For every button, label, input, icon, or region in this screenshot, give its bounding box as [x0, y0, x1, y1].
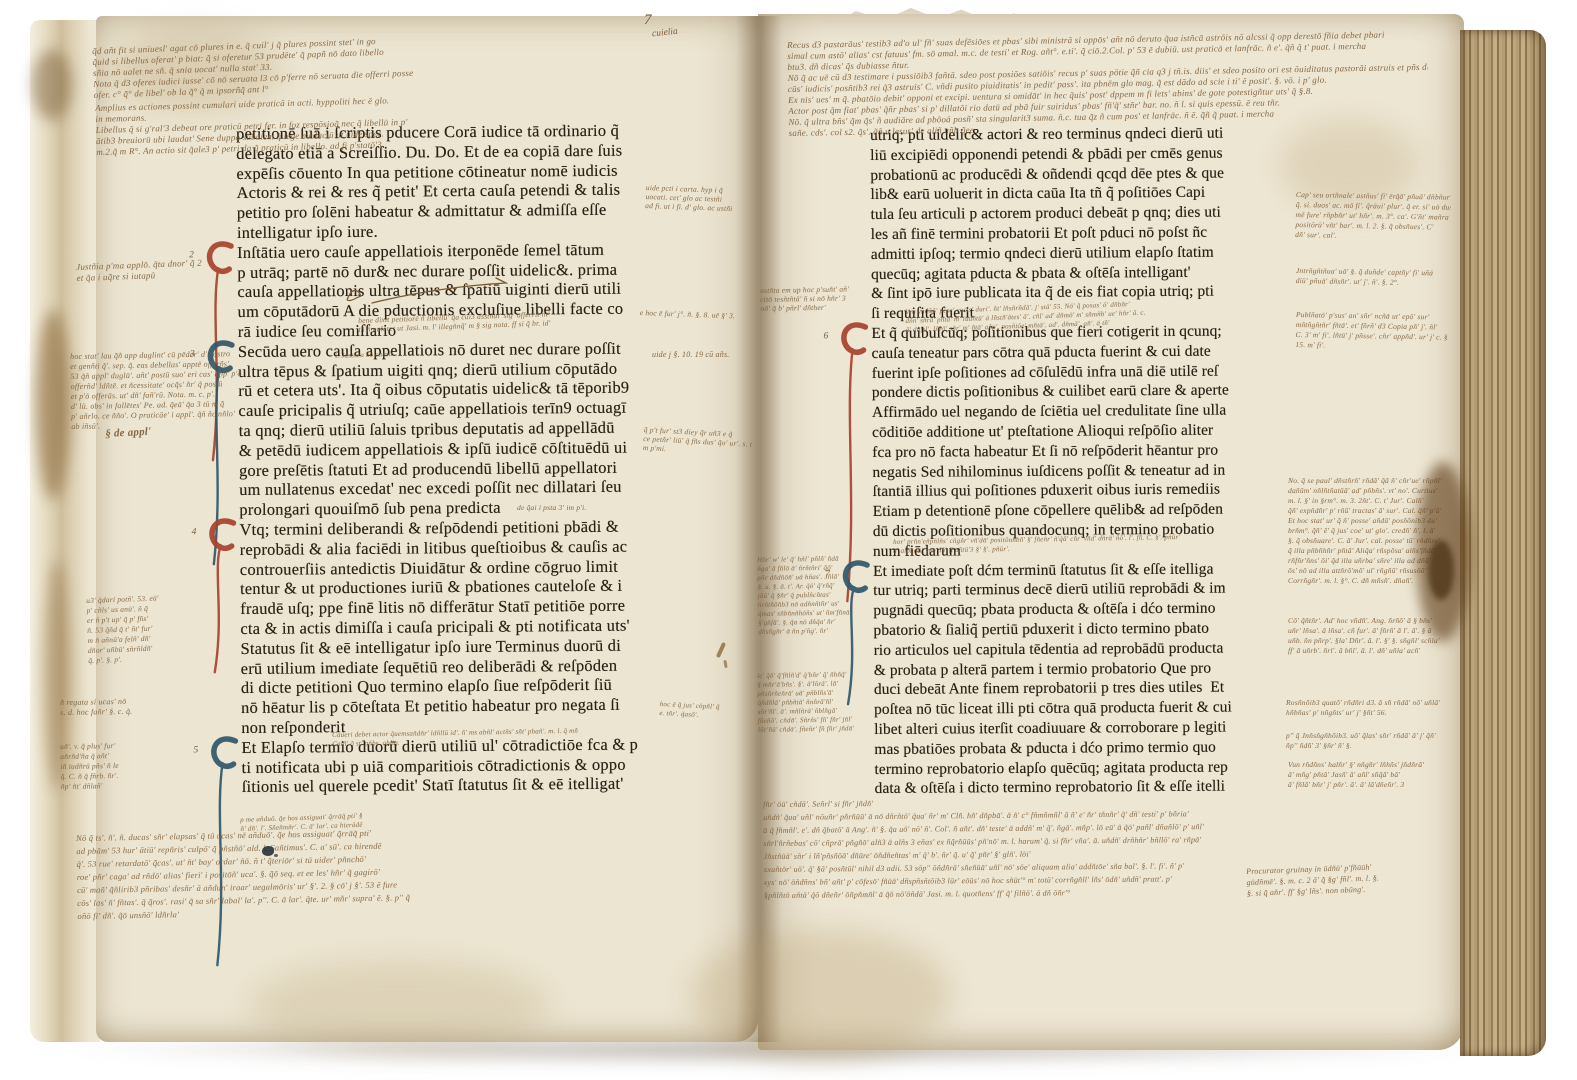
hand-paragraph-number: 5: [193, 741, 198, 761]
printed-paragraph: 3Secūda uero cauſa appellatiois nō duret…: [238, 337, 756, 520]
printed-paragraph: 7Et imediate poſt dćm terminū ſtatutus ſ…: [873, 559, 1307, 800]
hand-paragraph-number: 6: [823, 327, 828, 347]
right-text-block: utriq; pti uidelic& actori & reo terminu…: [870, 123, 1307, 799]
printed-line: data & oſtēſa i dicto termino reprobator…: [875, 776, 1307, 799]
left-page-edges: [30, 20, 100, 1042]
ink-blot-small: [274, 854, 278, 857]
ink-blot: [262, 846, 274, 856]
book-photo: petitionē ſuā i ſcriptis pducere Corā iu…: [0, 0, 1577, 1080]
hand-paragraph-number: 2: [189, 246, 194, 266]
edge-stain: [44, 560, 70, 790]
hand-paragraph-number: 3: [190, 345, 195, 365]
left-text-block: petitionē ſuā i ſcriptis pducere Corā iu…: [236, 119, 758, 797]
pilcrow-initial-blue: [208, 734, 246, 973]
printed-paragraph: utriq; pti uidelic& actori & reo terminu…: [870, 123, 1303, 324]
printed-paragraph: petitionē ſuā i ſcriptis pducere Corā iu…: [236, 119, 753, 242]
printed-paragraph: 4Vtq; termini deliberandi & reſpōdendi p…: [239, 515, 757, 737]
hand-paragraph-number: 7: [825, 565, 830, 585]
hand-paragraph-number: 4: [191, 523, 196, 543]
fore-edge-stain-dark: [1428, 540, 1454, 600]
fore-edge: [1460, 30, 1546, 1056]
pilcrow-initial-blue: [840, 557, 877, 711]
edge-stain: [32, 50, 72, 120]
edge-stain: [36, 310, 70, 500]
printed-paragraph: 2Inſtātia uero cauſe appellatiois iterpo…: [237, 238, 754, 341]
printed-paragraph: 6Et q̃ quibuſcūq; poſitionibus que fieri…: [871, 321, 1305, 562]
pilcrow-initial-red: [206, 516, 243, 680]
printed-paragraph: 5Et Elapſo termio duorū dierū utiliū ul'…: [241, 733, 757, 797]
